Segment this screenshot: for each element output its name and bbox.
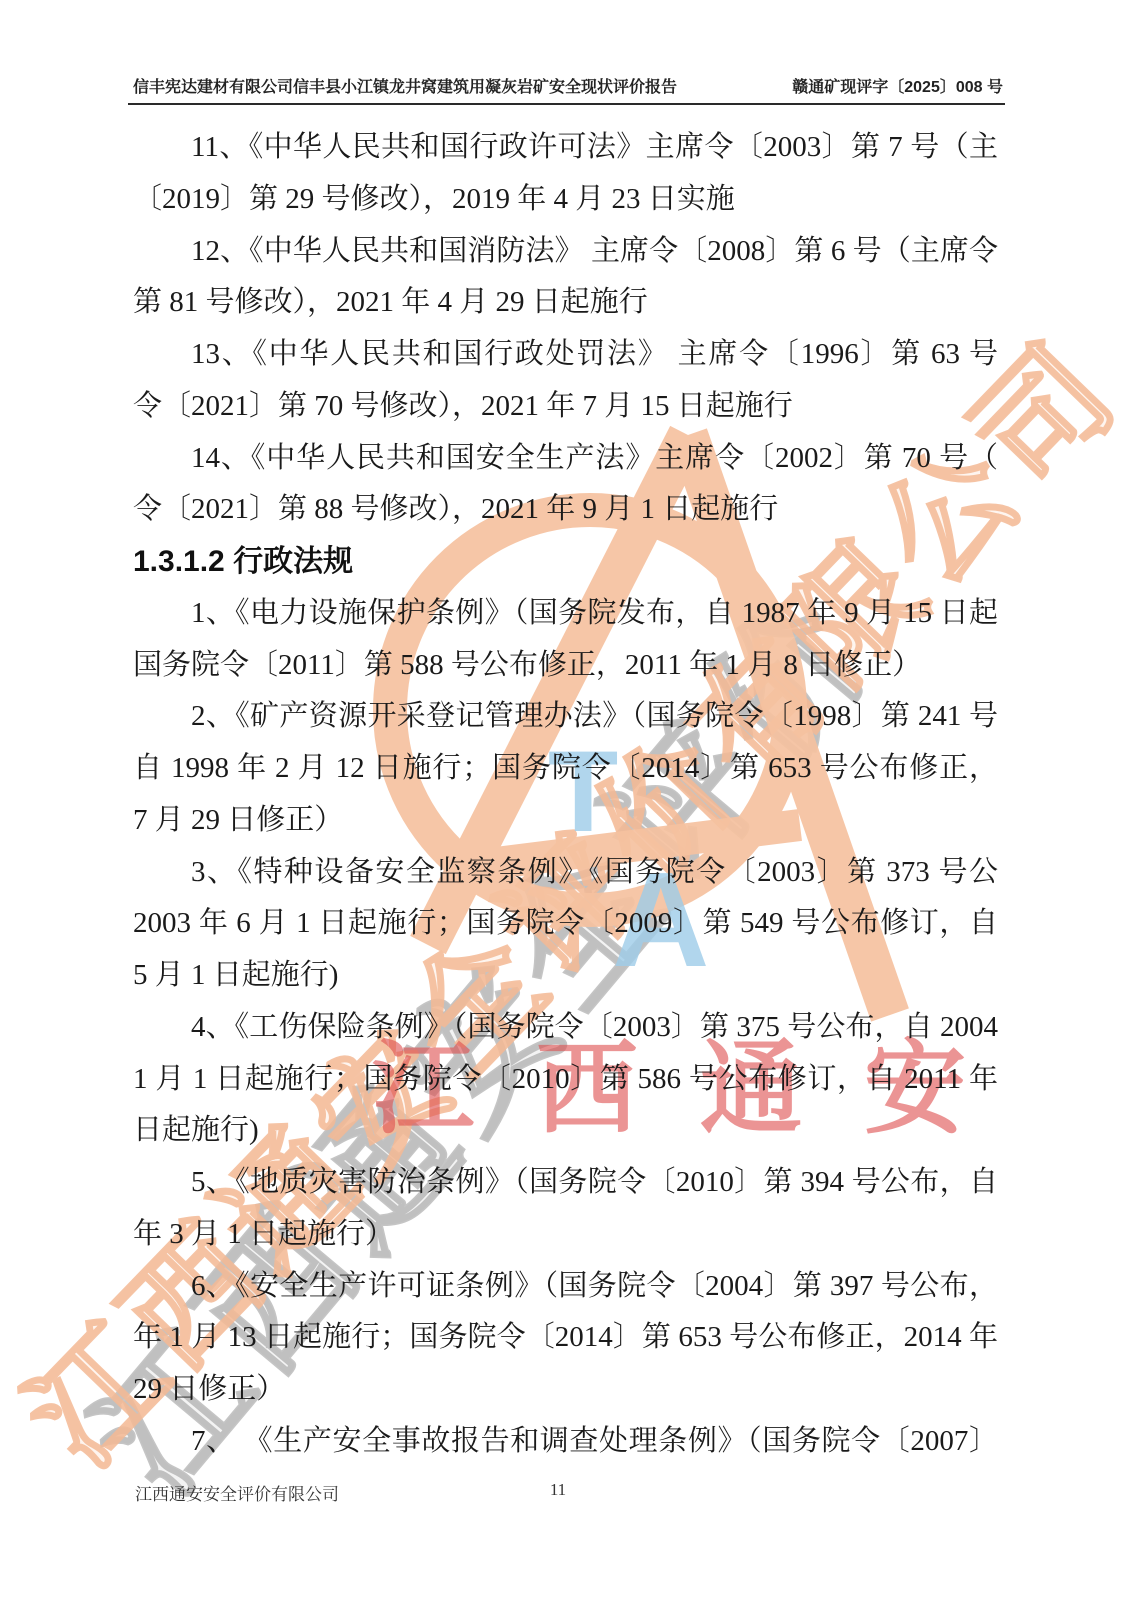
body-paragraph: 1、《电力设施保护条例》（国务院发布，自 1987 年 9 月 15 日起施行；… (133, 588, 998, 692)
body-paragraph: 12、《中华人民共和国消防法》 主席令〔2008〕第 6 号（主席令〔2021〕… (133, 226, 998, 330)
body-paragraph: 5、《地质灾害防治条例》（国务院令〔2010〕第 394 号公布，自 2004年… (133, 1157, 998, 1261)
document-body: 11、《中华人民共和国行政许可法》主席令〔2003〕第 7 号（主席令〔2019… (133, 122, 998, 1468)
page-number: 11 (528, 1480, 588, 1500)
paragraph-line: 14、《中华人民共和国安全生产法》主席令〔2002〕第 70 号（ 主席 (133, 433, 998, 485)
paragraph-line: 13、《中华人民共和国行政处罚法》 主席令〔1996〕第 63 号 （主席 (133, 329, 998, 381)
body-paragraph: 2、《矿产资源开采登记管理办法》（国务院令〔1998〕第 241 号公布，自 1… (133, 691, 998, 846)
section-heading: 1.3.1.2 行政法规 (133, 536, 998, 588)
body-paragraph: 4、《工伤保险条例》（国务院令〔2003〕第 375 号公布，自 2004 年1… (133, 1002, 998, 1157)
paragraph-line: 5 月 1 日起施行) (133, 950, 998, 1002)
body-paragraph: 14、《中华人民共和国安全生产法》主席令〔2002〕第 70 号（ 主席令〔20… (133, 433, 998, 537)
paragraph-line: 6、《安全生产许可证条例》（国务院令〔2004〕第 397 号公布，自 2004 (133, 1261, 998, 1313)
paragraph-line: 令〔2021〕第 70 号修改），2021 年 7 月 15 日起施行 (133, 381, 998, 433)
paragraph-line: 29 日修正） (133, 1364, 998, 1416)
header-divider (128, 103, 1005, 105)
paragraph-line: 1 月 1 日起施行；国务院令〔2010〕第 586 号公布修订，自 2011 … (133, 1054, 998, 1106)
document-number: 赣通矿现评字〔2025〕008 号 (792, 74, 1003, 97)
document-page: 江西通安全评价 江西通安全评价有限公司 T A 江西通安 信丰宪达建材有限公司信… (0, 0, 1131, 1600)
body-paragraph: 6、《安全生产许可证条例》（国务院令〔2004〕第 397 号公布，自 2004… (133, 1261, 998, 1416)
paragraph-line: 3、《特种设备安全监察条例》《国务院令〔2003〕第 373 号公布，自 (133, 847, 998, 899)
paragraph-line: 〔2019〕第 29 号修改），2019 年 4 月 23 日实施 (133, 174, 998, 226)
body-paragraph: 13、《中华人民共和国行政处罚法》 主席令〔1996〕第 63 号 （主席令〔2… (133, 329, 998, 433)
footer-company-name: 江西通安安全评价有限公司 (135, 1480, 339, 1505)
paragraph-line: 国务院令〔2011〕第 588 号公布修正，2011 年 1 月 8 日修正） (133, 640, 998, 692)
paragraph-line: 年 3 月 1 日起施行） (133, 1209, 998, 1261)
paragraph-line: 年 1 月 13 日起施行；国务院令〔2014〕第 653 号公布修正，2014… (133, 1312, 998, 1364)
report-title: 信丰宪达建材有限公司信丰县小江镇龙井窝建筑用凝灰岩矿安全现状评价报告 (133, 74, 677, 97)
page-header: 信丰宪达建材有限公司信丰县小江镇龙井窝建筑用凝灰岩矿安全现状评价报告 赣通矿现评… (133, 74, 1003, 98)
paragraph-line: 2003 年 6 月 1 日起施行；国务院令〔2009〕第 549 号公布修订，… (133, 898, 998, 950)
paragraph-line: 日起施行) (133, 1105, 998, 1157)
paragraph-line: 自 1998 年 2 月 12 日施行；国务院令〔2014〕第 653 号公布修… (133, 743, 998, 795)
body-paragraph: 3、《特种设备安全监察条例》《国务院令〔2003〕第 373 号公布，自2003… (133, 847, 998, 1002)
paragraph-line: 1、《电力设施保护条例》（国务院发布，自 1987 年 9 月 15 日起施行； (133, 588, 998, 640)
paragraph-line: 2、《矿产资源开采登记管理办法》（国务院令〔1998〕第 241 号公布， (133, 691, 998, 743)
page-footer: 江西通安安全评价有限公司 11 (0, 1480, 1131, 1506)
paragraph-line: 7 月 29 日修正） (133, 795, 998, 847)
paragraph-line: 第 81 号修改），2021 年 4 月 29 日起施行 (133, 277, 998, 329)
body-paragraph: 11、《中华人民共和国行政许可法》主席令〔2003〕第 7 号（主席令〔2019… (133, 122, 998, 226)
body-paragraph: 7、 《生产安全事故报告和调查处理条例》（国务院令〔2007〕第 493 (133, 1416, 998, 1468)
paragraph-line: 11、《中华人民共和国行政许可法》主席令〔2003〕第 7 号（主席令 (133, 122, 998, 174)
paragraph-line: 令〔2021〕第 88 号修改），2021 年 9 月 1 日起施行 (133, 484, 998, 536)
paragraph-line: 7、 《生产安全事故报告和调查处理条例》（国务院令〔2007〕第 493 (133, 1416, 998, 1468)
paragraph-line: 5、《地质灾害防治条例》（国务院令〔2010〕第 394 号公布，自 2004 (133, 1157, 998, 1209)
paragraph-line: 4、《工伤保险条例》（国务院令〔2003〕第 375 号公布，自 2004 年 (133, 1002, 998, 1054)
paragraph-line: 12、《中华人民共和国消防法》 主席令〔2008〕第 6 号（主席令〔2021〕 (133, 226, 998, 278)
